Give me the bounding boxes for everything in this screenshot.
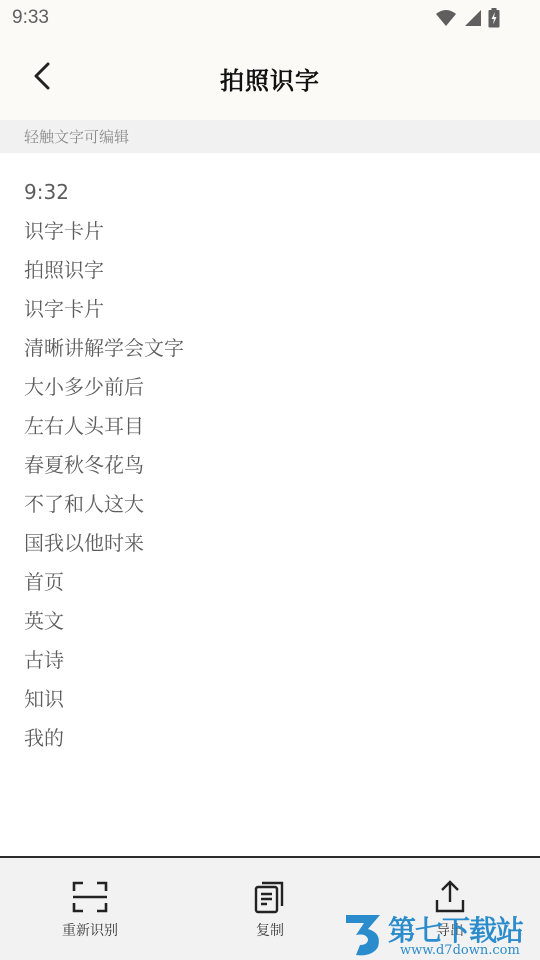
recognized-line[interactable]: 清晰讲解学会文字 (24, 329, 516, 368)
edit-hint-text: 轻触文字可编辑 (24, 126, 129, 147)
page-title: 拍照识字 (220, 61, 320, 96)
back-button[interactable] (26, 60, 58, 96)
edit-hint-bar: 轻触文字可编辑 (0, 120, 540, 153)
chevron-left-icon (33, 62, 51, 94)
app-header: 拍照识字 (0, 36, 540, 120)
rescan-button[interactable]: 重新识别 (0, 858, 180, 960)
recognized-line[interactable]: 知识 (24, 680, 516, 719)
wifi-icon (435, 9, 457, 27)
recognized-line[interactable]: 英文 (24, 602, 516, 641)
status-icons (435, 8, 500, 28)
photo-ocr-screen: 9:33 (0, 0, 540, 960)
recognized-line[interactable]: 国我以他时来 (24, 524, 516, 563)
recognized-line[interactable]: 春夏秋冬花鸟 (24, 446, 516, 485)
share-upload-icon (434, 880, 466, 914)
recognized-line[interactable]: 拍照识字 (24, 251, 516, 290)
recognized-line[interactable]: 识字卡片 (24, 212, 516, 251)
recognized-line[interactable]: 古诗 (24, 641, 516, 680)
export-button[interactable]: 导出 (360, 858, 540, 960)
recognized-line[interactable]: 9:32 (24, 173, 516, 212)
copy-button[interactable]: 复制 (180, 858, 360, 960)
recognized-line[interactable]: 首页 (24, 563, 516, 602)
signal-icon (463, 9, 482, 27)
recognized-text-area[interactable]: 9:32 识字卡片 拍照识字 识字卡片 清晰讲解学会文字 大小多少前后 左右人头… (0, 153, 540, 857)
battery-charging-icon (488, 8, 500, 28)
recognized-line[interactable]: 识字卡片 (24, 290, 516, 329)
recognized-line[interactable]: 大小多少前后 (24, 368, 516, 407)
recognized-line[interactable]: 我的 (24, 719, 516, 758)
bottom-toolbar: 重新识别 复制 导出 (0, 858, 540, 960)
recognized-line[interactable]: 不了和人这大 (24, 485, 516, 524)
status-bar: 9:33 (0, 0, 540, 36)
copy-label: 复制 (256, 920, 284, 940)
recognized-line[interactable]: 左右人头耳目 (24, 407, 516, 446)
scan-icon (72, 880, 108, 914)
status-time: 9:33 (12, 7, 49, 29)
rescan-label: 重新识别 (62, 920, 118, 940)
copy-icon (254, 880, 286, 914)
export-label: 导出 (436, 920, 464, 940)
